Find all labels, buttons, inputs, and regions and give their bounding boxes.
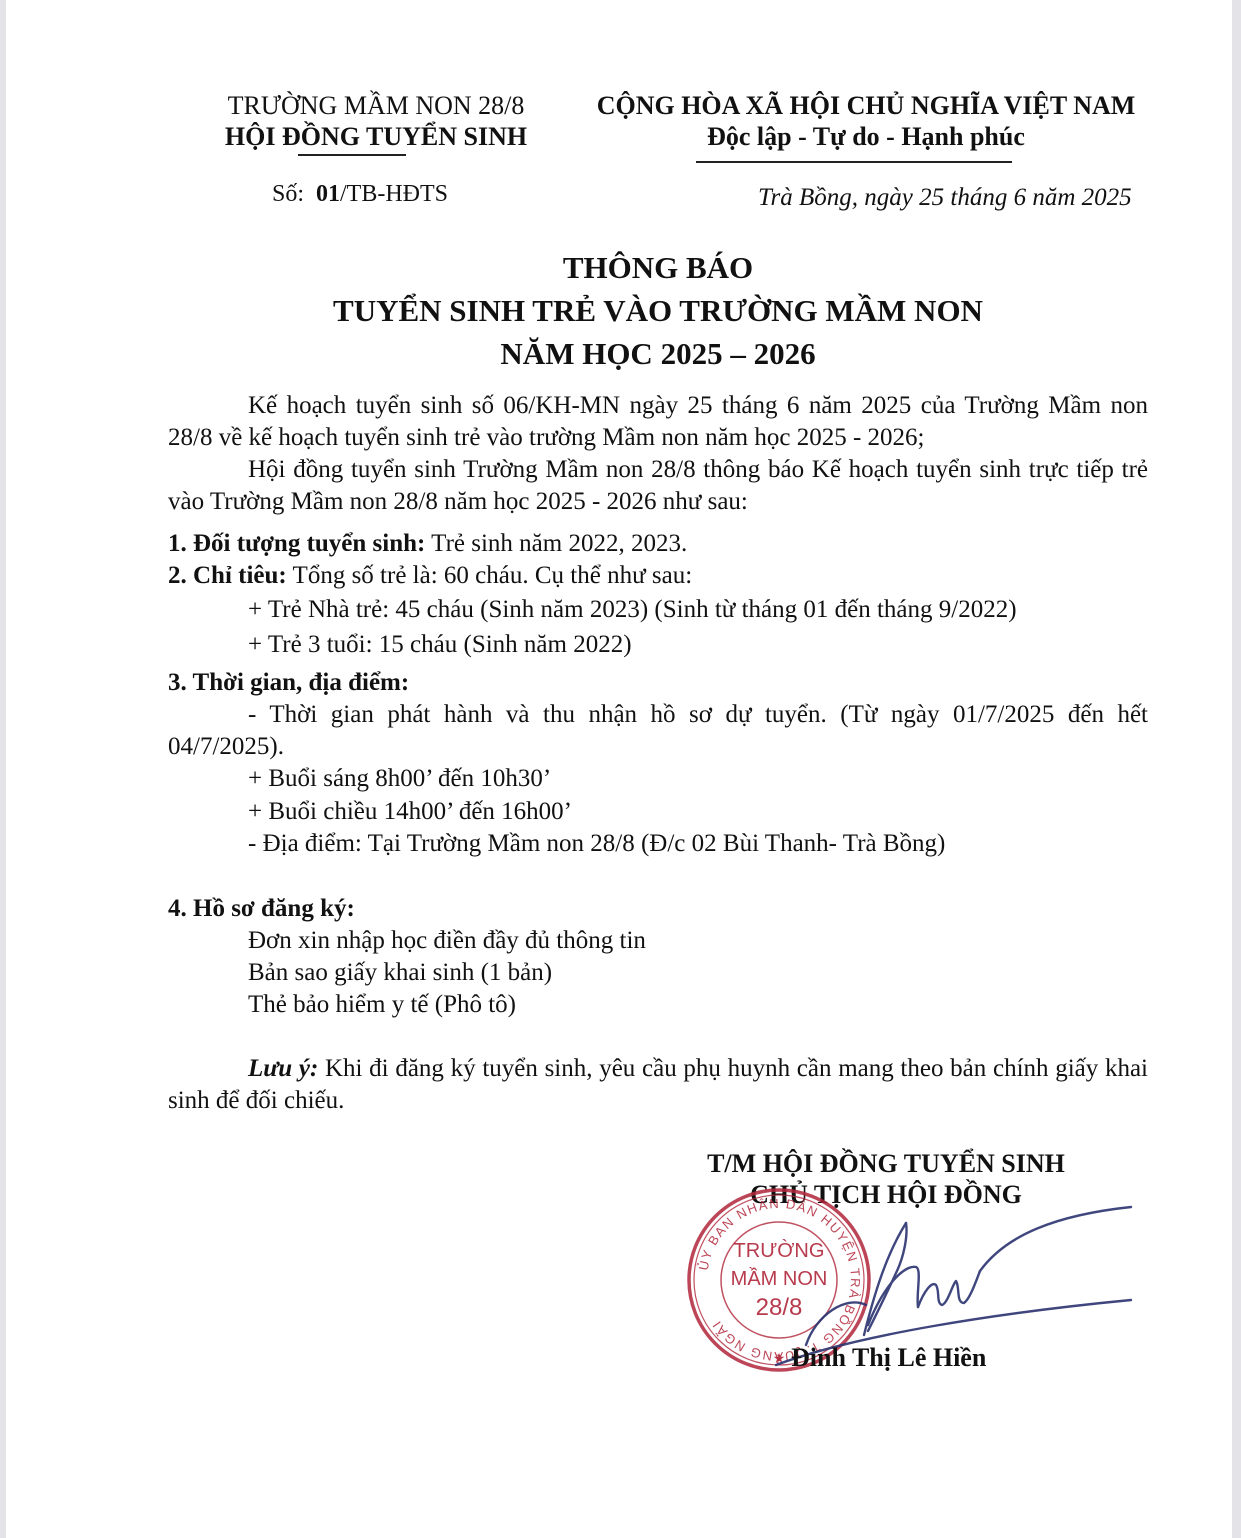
issuer-underline	[298, 154, 406, 156]
motto-underline	[696, 161, 1012, 163]
national-motto: Độc lập - Tự do - Hạnh phúc	[576, 121, 1156, 152]
note-paragraph: Lưu ý: Khi đi đăng ký tuyển sinh, yêu cầ…	[168, 1053, 1148, 1117]
afternoon-hours: + Buổi chiều 14h00’ đến 16h00’	[248, 796, 572, 828]
section-3-heading: 3. Thời gian, địa điểm:	[168, 667, 409, 699]
note-label: Lưu ý:	[248, 1055, 318, 1082]
morning-hours: + Buổi sáng 8h00’ đến 10h30’	[248, 763, 551, 795]
school-name: TRƯỜNG MẦM NON 28/8	[176, 90, 576, 121]
document-item: Thẻ bảo hiểm y tế (Phô tô)	[248, 989, 516, 1021]
signature-line-1: T/M HỘI ĐỒNG TUYỂN SINH	[646, 1148, 1126, 1179]
quota-item-nursery: + Trẻ Nhà trẻ: 45 cháu (Sinh năm 2023) (…	[248, 594, 1017, 626]
number-value: 01	[316, 181, 340, 207]
intro-paragraph-1: Kế hoạch tuyển sinh số 06/KH-MN ngày 25 …	[168, 390, 1148, 454]
issuer-block: TRƯỜNG MẦM NON 28/8 HỘI ĐỒNG TUYỂN SINH	[176, 90, 576, 152]
time-range: - Thời gian phát hành và thu nhận hồ sơ …	[168, 699, 1148, 763]
section-2-text: Tổng số trẻ là: 60 cháu. Cụ thể như sau:	[287, 562, 692, 589]
number-suffix: /TB-HĐTS	[340, 181, 448, 207]
title-line-3: NĂM HỌC 2025 – 2026	[3, 332, 1241, 375]
title-line-1: THÔNG BÁO	[3, 246, 1241, 289]
title-line-2: TUYỂN SINH TRẺ VÀO TRƯỜNG MẦM NON	[3, 289, 1241, 332]
quota-item-3yo: + Trẻ 3 tuổi: 15 cháu (Sinh năm 2022)	[248, 629, 632, 661]
section-1-heading: 1. Đối tượng tuyển sinh:	[168, 530, 425, 557]
signer-name: Đinh Thị Lê Hiền	[791, 1343, 986, 1373]
section-1-text: Trẻ sinh năm 2022, 2023.	[425, 530, 687, 557]
document-item: Bản sao giấy khai sinh (1 bản)	[248, 957, 552, 989]
document-item: Đơn xin nhập học điền đầy đủ thông tin	[248, 925, 646, 957]
section-1: 1. Đối tượng tuyển sinh: Trẻ sinh năm 20…	[168, 528, 687, 560]
place-date: Trà Bồng, ngày 25 tháng 6 năm 2025	[758, 184, 1132, 212]
national-header: CỘNG HÒA XÃ HỘI CHỦ NGHĨA VIỆT NAM Độc l…	[576, 90, 1156, 152]
country-name: CỘNG HÒA XÃ HỘI CHỦ NGHĨA VIỆT NAM	[576, 90, 1156, 121]
intro-paragraph-2: Hội đồng tuyển sinh Trường Mầm non 28/8 …	[168, 454, 1148, 518]
number-label: Số:	[272, 181, 304, 207]
location: - Địa điểm: Tại Trường Mầm non 28/8 (Đ/c…	[248, 828, 945, 860]
section-2-heading: 2. Chỉ tiêu:	[168, 562, 287, 589]
document-number: Số: 01/TB-HĐTS	[272, 181, 448, 208]
document-title: THÔNG BÁO TUYỂN SINH TRẺ VÀO TRƯỜNG MẦM …	[3, 246, 1241, 375]
section-4-heading: 4. Hồ sơ đăng ký:	[168, 893, 355, 925]
section-2: 2. Chỉ tiêu: Tổng số trẻ là: 60 cháu. Cụ…	[168, 560, 692, 592]
council-name: HỘI ĐỒNG TUYỂN SINH	[176, 121, 576, 152]
document-page: TRƯỜNG MẦM NON 28/8 HỘI ĐỒNG TUYỂN SINH …	[6, 0, 1232, 1538]
